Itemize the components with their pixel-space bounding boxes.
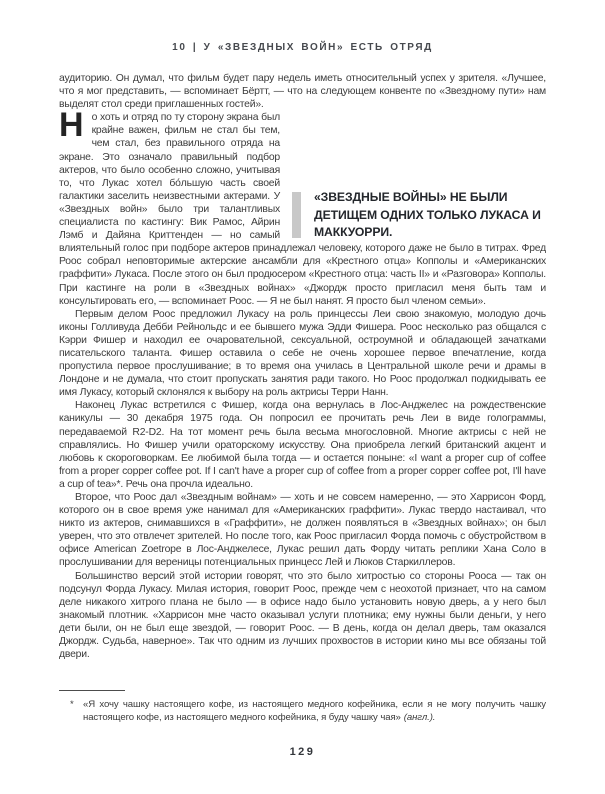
pull-quote-bar [292,192,301,238]
running-head: 10 | У «ЗВЕЗДНЫХ ВОЙН» ЕСТЬ ОТРЯД [0,42,605,53]
paragraph-2: Н «ЗВЕЗДНЫЕ ВОЙНЫ» НЕ БЫЛИ ДЕТИЩЕМ ОДНИХ… [59,111,546,307]
paragraph-3: Первым делом Роос предложил Лукасу на ро… [59,308,546,400]
paragraph-5: Второе, что Роос дал «Звездным войнам» —… [59,491,546,570]
footnote-body: *«Я хочу чашку настоящего кофе, из насто… [59,698,546,724]
footnote: *«Я хочу чашку настоящего кофе, из насто… [59,690,546,724]
footnote-marker: * [70,698,74,711]
paragraph-4: Наконец Лукас встретился с Фишер, когда … [59,399,546,491]
page-number: 129 [0,746,605,758]
footnote-language-note: (англ.). [404,712,436,723]
book-page: 10 | У «ЗВЕЗДНЫХ ВОЙН» ЕСТЬ ОТРЯД аудито… [0,0,605,794]
paragraph-1: аудиторию. Он думал, что фильм будет пар… [59,72,546,111]
footnote-text: «Я хочу чашку настоящего кофе, из настоя… [83,699,546,723]
body-text-column: аудиторию. Он думал, что фильм будет пар… [59,72,546,690]
paragraph-6: Большинство версий этой истории говорят,… [59,570,546,662]
pull-quote: «ЗВЕЗДНЫЕ ВОЙНЫ» НЕ БЫЛИ ДЕТИЩЕМ ОДНИХ Т… [292,189,546,241]
drop-cap: Н [59,112,84,138]
footnote-rule [59,690,125,691]
pull-quote-text: «ЗВЕЗДНЫЕ ВОЙНЫ» НЕ БЫЛИ ДЕТИЩЕМ ОДНИХ Т… [301,189,546,242]
